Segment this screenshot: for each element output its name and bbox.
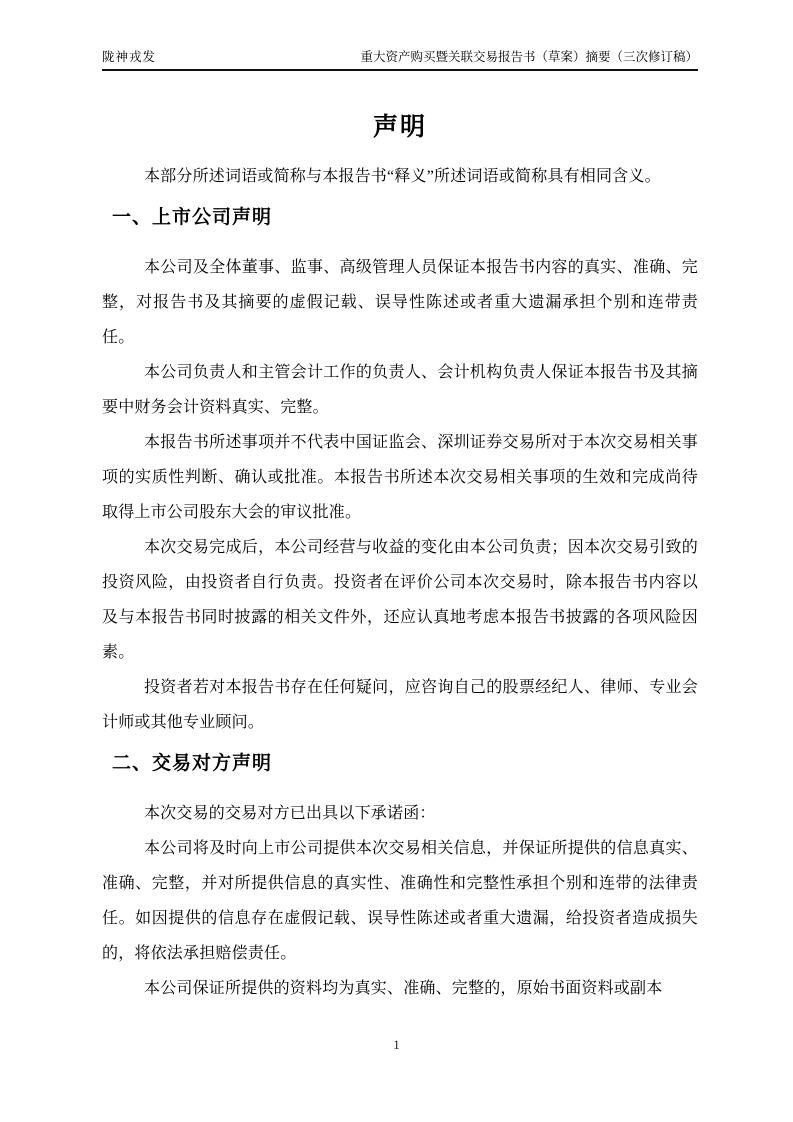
page-number: 1 <box>393 1037 400 1052</box>
section-heading-counterparty-declaration: 二、交易对方声明 <box>102 750 698 778</box>
page-title: 声明 <box>102 111 698 143</box>
header-report-title: 重大资产购买暨关联交易报告书（草案）摘要（三次修订稿） <box>360 50 698 65</box>
document-page: 陇神戎发 重大资产购买暨关联交易报告书（草案）摘要（三次修订稿） 声明 本部分所… <box>0 0 793 1122</box>
paragraph: 本次交易完成后，本公司经营与收益的变化由本公司负责；因本次交易引致的投资风险，由… <box>102 530 698 670</box>
header-company-name: 陇神戎发 <box>102 50 156 65</box>
paragraph: 本公司将及时向上市公司提供本次交易相关信息，并保证所提供的信息真实、准确、完整，… <box>102 831 698 971</box>
paragraph: 本公司负责人和主管会计工作的负责人、会计机构负责人保证本报告书及其摘要中财务会计… <box>102 355 698 425</box>
paragraph: 本报告书所述事项并不代表中国证监会、深圳证券交易所对于本次交易相关事项的实质性判… <box>102 425 698 530</box>
paragraph: 本次交易的交易对方已出具以下承诺函： <box>102 796 698 831</box>
intro-paragraph: 本部分所述词语或简称与本报告书“释义”所述词语或简称具有相同含义。 <box>102 159 698 194</box>
paragraph: 投资者若对本报告书存在任何疑问，应咨询自己的股票经纪人、律师、专业会计师或其他专… <box>102 670 698 740</box>
page-footer: 1 <box>0 1036 793 1054</box>
page-header: 陇神戎发 重大资产购买暨关联交易报告书（草案）摘要（三次修订稿） <box>102 50 698 71</box>
section-heading-listed-company-declaration: 一、上市公司声明 <box>102 204 698 232</box>
paragraph: 本公司及全体董事、监事、高级管理人员保证本报告书内容的真实、准确、完整，对报告书… <box>102 250 698 355</box>
paragraph: 本公司保证所提供的资料均为真实、准确、完整的，原始书面资料或副本 <box>102 971 698 1006</box>
